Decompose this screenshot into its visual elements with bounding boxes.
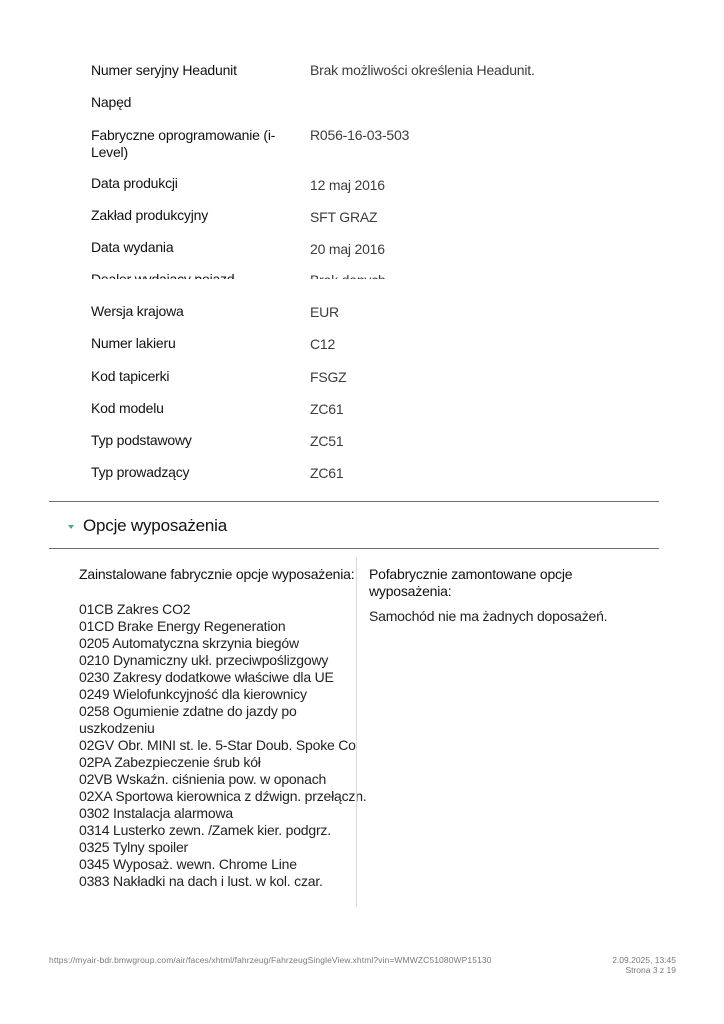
- section-divider-bottom: [49, 548, 659, 549]
- retrofit-options-header: Pofabrycznie zamontowane opcje wyposażen…: [369, 566, 619, 600]
- factory-option-item: 0345 Wyposaż. wewn. Chrome Line: [79, 856, 354, 873]
- footer-meta: 2.09.2025, 13:45 Strona 3 z 19: [612, 955, 676, 975]
- detail-label: Dealer wydający pojazd: [91, 271, 291, 279]
- factory-option-item: 0249 Wielofunkcyjność dla kierownicy: [79, 686, 354, 703]
- detail-value: 20 maj 2016: [310, 241, 650, 258]
- detail-value: Brak danych: [310, 272, 650, 279]
- factory-option-item: 02GV Obr. MINI st. le. 5-Star Doub. Spok…: [79, 737, 354, 754]
- vehicle-details-top-clip: Numer seryjny Headunit Brak możliwości o…: [0, 0, 724, 279]
- factory-option-item: 0258 Ogumienie zdatne do jazdy po: [79, 703, 354, 720]
- equipment-section-toggle[interactable]: Opcje wyposażenia: [68, 515, 227, 537]
- equipment-section-title: Opcje wyposażenia: [83, 515, 227, 537]
- detail-label: Kod tapicerki: [91, 368, 291, 385]
- detail-label: Wersja krajowa: [91, 303, 291, 320]
- factory-option-item: 0325 Tylny spoiler: [79, 839, 354, 856]
- retrofit-options-column: Pofabrycznie zamontowane opcje wyposażen…: [369, 566, 619, 625]
- caret-down-icon[interactable]: [68, 525, 74, 529]
- detail-label: Zakład produkcyjny: [91, 207, 291, 224]
- detail-label: Numer lakieru: [91, 335, 291, 352]
- detail-value: EUR: [310, 304, 650, 321]
- detail-label: Napęd: [91, 94, 291, 111]
- factory-option-item: 0210 Dynamiczny ukł. przeciwpoślizgowy: [79, 652, 354, 669]
- footer-datetime: 2.09.2025, 13:45: [612, 955, 676, 965]
- detail-value: C12: [310, 336, 650, 353]
- detail-label: Fabryczne oprogramowanie (i- Level): [91, 127, 291, 161]
- detail-label: Data wydania: [91, 239, 291, 256]
- factory-options-header: Zainstalowane fabrycznie opcje wyposażen…: [79, 566, 354, 583]
- footer-url: https://myair-bdr.bmwgroup.com/air/faces…: [49, 955, 492, 965]
- detail-value: ZC61: [310, 465, 650, 482]
- detail-label: Typ prowadzący: [91, 464, 291, 481]
- factory-options-list: 01CB Zakres CO201CD Brake Energy Regener…: [79, 601, 354, 890]
- detail-label: Numer seryjny Headunit: [91, 62, 291, 79]
- detail-label: Kod modelu: [91, 400, 291, 417]
- factory-option-item: 02VB Wskaźn. ciśnienia pow. w oponach: [79, 771, 354, 788]
- factory-option-item: 0302 Instalacja alarmowa: [79, 805, 354, 822]
- detail-value: Brak możliwości określenia Headunit.: [310, 62, 650, 79]
- footer-page-number: Strona 3 z 19: [612, 965, 676, 975]
- factory-option-item: 0314 Lusterko zewn. /Zamek kier. podgrz.: [79, 822, 354, 839]
- factory-option-item: 0230 Zakresy dodatkowe właściwe dla UE: [79, 669, 354, 686]
- factory-option-item: 01CD Brake Energy Regeneration: [79, 618, 354, 635]
- detail-value: R056-16-03-503: [310, 127, 650, 144]
- detail-value: 12 maj 2016: [310, 177, 650, 194]
- detail-label: Data produkcji: [91, 175, 291, 192]
- factory-option-item: 0383 Nakładki na dach i lust. w kol. cza…: [79, 873, 354, 890]
- detail-value: FSGZ: [310, 369, 650, 386]
- factory-option-item: 01CB Zakres CO2: [79, 601, 354, 618]
- section-divider-top: [49, 501, 659, 502]
- factory-option-item: 02XA Sportowa kierownica z dźwign. przeł…: [79, 788, 354, 805]
- retrofit-options-text: Samochód nie ma żadnych doposażeń.: [369, 608, 619, 625]
- detail-value: SFT GRAZ: [310, 209, 650, 226]
- column-divider: [356, 557, 357, 907]
- factory-options-column: Zainstalowane fabrycznie opcje wyposażen…: [79, 566, 354, 890]
- detail-value: ZC61: [310, 401, 650, 418]
- factory-option-item: 02PA Zabezpieczenie śrub kół: [79, 754, 354, 771]
- factory-option-item: 0205 Automatyczna skrzynia biegów: [79, 635, 354, 652]
- detail-value: ZC51: [310, 433, 650, 450]
- factory-option-item: uszkodzeniu: [79, 720, 354, 737]
- detail-label: Typ podstawowy: [91, 432, 291, 449]
